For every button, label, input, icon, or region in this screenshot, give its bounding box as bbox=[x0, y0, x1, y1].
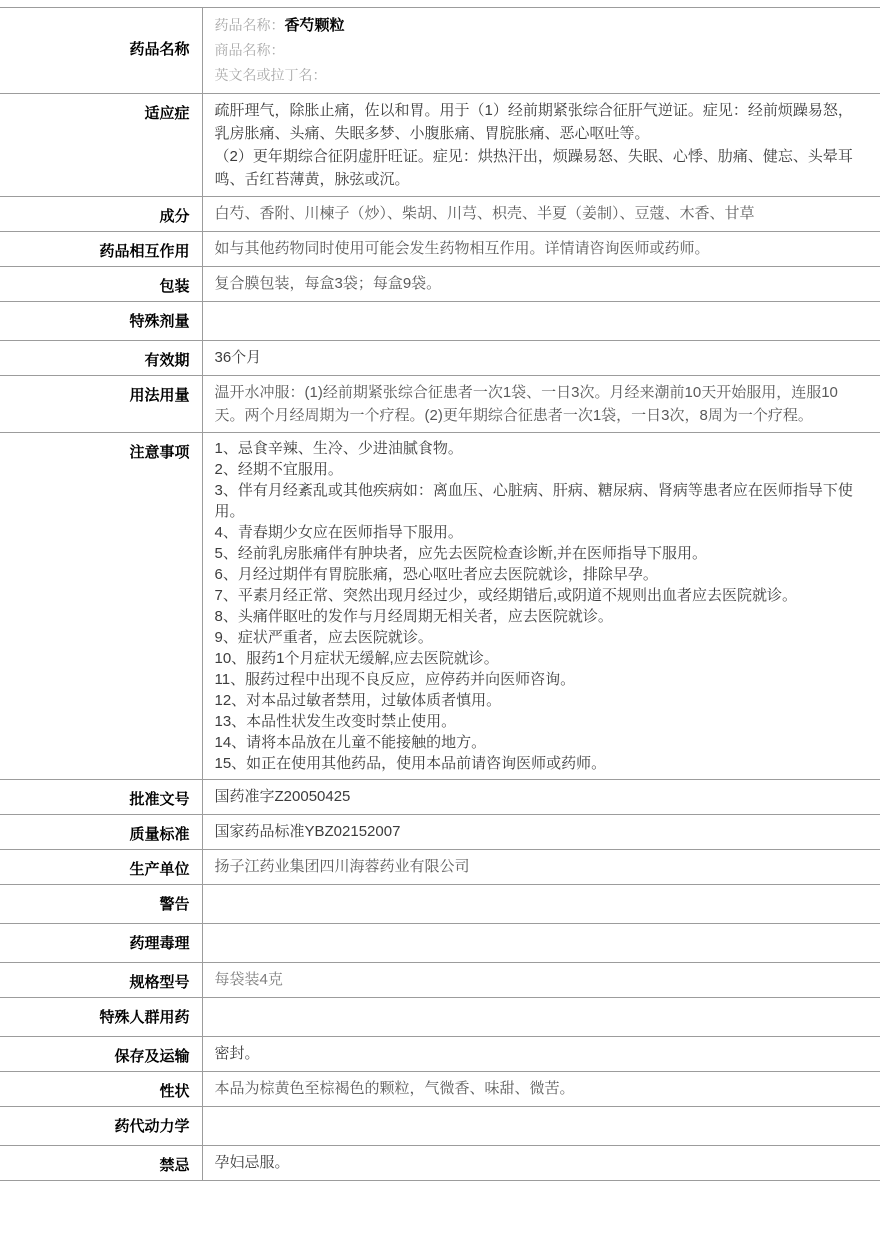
row-content: 如与其他药物同时使用可能会发生药物相互作用。详情请咨询医师或药师。 bbox=[202, 232, 880, 267]
table-row: 质量标准 国家药品标准YBZ02152007 bbox=[0, 815, 880, 850]
row-label: 警告 bbox=[0, 885, 202, 924]
table-row: 批准文号 国药准字Z20050425 bbox=[0, 780, 880, 815]
row-label: 用法用量 bbox=[0, 376, 202, 433]
row-content-line: 14、请将本品放在儿童不能接触的地方。 bbox=[215, 732, 867, 753]
row-label: 药代动力学 bbox=[0, 1107, 202, 1146]
row-content-line: 孕妇忌服。 bbox=[215, 1151, 867, 1174]
row-label: 有效期 bbox=[0, 341, 202, 376]
row-label: 规格型号 bbox=[0, 963, 202, 998]
table-row: 特殊剂量 bbox=[0, 302, 880, 341]
row-content: 疏肝理气，除胀止痛，佐以和胃。用于（1）经前期紧张综合征肝气逆证。症见：经前烦躁… bbox=[202, 94, 880, 197]
row-content-line: 温开水冲服：(1)经前期紧张综合征患者一次1袋、一日3次。月经来潮前10天开始服… bbox=[215, 381, 867, 427]
row-content-line: 5、经前乳房胀痛伴有肿块者，应先去医院检查诊断,并在医师指导下服用。 bbox=[215, 543, 867, 564]
row-content-line: 2、经期不宜服用。 bbox=[215, 459, 867, 480]
row-content bbox=[202, 998, 880, 1037]
row-content-line: 密封。 bbox=[215, 1042, 867, 1065]
table-row: 警告 bbox=[0, 885, 880, 924]
drug-name-value: 香芍颗粒 bbox=[285, 17, 345, 34]
row-content bbox=[202, 924, 880, 963]
row-content: 1、忌食辛辣、生冷、少进油腻食物。2、经期不宜服用。3、伴有月经紊乱或其他疾病如… bbox=[202, 433, 880, 780]
table-row: 保存及运输 密封。 bbox=[0, 1037, 880, 1072]
row-content-line: 4、青春期少女应在医师指导下服用。 bbox=[215, 522, 867, 543]
row-content-line: 白芍、香附、川楝子（炒）、柴胡、川芎、枳壳、半夏（姜制）、豆蔻、木香、甘草 bbox=[215, 202, 867, 225]
table-row: 包装 复合膜包装，每盒3袋；每盒9袋。 bbox=[0, 267, 880, 302]
table-row: 有效期 36个月 bbox=[0, 341, 880, 376]
field-line-trade-name: 商品名称： bbox=[215, 38, 867, 63]
row-content-line: 13、本品性状发生改变时禁止使用。 bbox=[215, 711, 867, 732]
row-label: 药理毒理 bbox=[0, 924, 202, 963]
row-content-line: 6、月经过期伴有胃脘胀痛，恐心呕吐者应去医院就诊，排除早孕。 bbox=[215, 564, 867, 585]
row-content: 每袋装4克 bbox=[202, 963, 880, 998]
table-row: 用法用量 温开水冲服：(1)经前期紧张综合征患者一次1袋、一日3次。月经来潮前1… bbox=[0, 376, 880, 433]
row-content-line: 9、症状严重者，应去医院就诊。 bbox=[215, 627, 867, 648]
row-label: 批准文号 bbox=[0, 780, 202, 815]
row-content: 密封。 bbox=[202, 1037, 880, 1072]
row-content-line: 如与其他药物同时使用可能会发生药物相互作用。详情请咨询医师或药师。 bbox=[215, 237, 867, 260]
row-label: 适应症 bbox=[0, 94, 202, 197]
row-content: 扬子江药业集团四川海蓉药业有限公司 bbox=[202, 850, 880, 885]
row-content-drug-name: 药品名称：香芍颗粒 商品名称： 英文名或拉丁名： bbox=[202, 8, 880, 94]
field-line-english-name: 英文名或拉丁名： bbox=[215, 63, 867, 88]
drug-info-table: 药品名称 药品名称：香芍颗粒 商品名称： 英文名或拉丁名： 适应症 疏肝理气，除… bbox=[0, 7, 880, 1181]
table-row: 特殊人群用药 bbox=[0, 998, 880, 1037]
row-content-line: （2）更年期综合征阴虚肝旺证。症见：烘热汗出，烦躁易怒、失眠、心悸、肋痛、健忘、… bbox=[215, 145, 867, 191]
row-content-line: 每袋装4克 bbox=[215, 968, 867, 991]
row-label-drug-name: 药品名称 bbox=[0, 8, 202, 94]
row-content-line: 本品为棕黄色至棕褐色的颗粒，气微香、味甜、微苦。 bbox=[215, 1077, 867, 1100]
row-content: 国药准字Z20050425 bbox=[202, 780, 880, 815]
field-label-generic-name: 药品名称： bbox=[215, 17, 285, 33]
row-label: 包装 bbox=[0, 267, 202, 302]
table-row: 成分 白芍、香附、川楝子（炒）、柴胡、川芎、枳壳、半夏（姜制）、豆蔻、木香、甘草 bbox=[0, 197, 880, 232]
table-row: 性状 本品为棕黄色至棕褐色的颗粒，气微香、味甜、微苦。 bbox=[0, 1072, 880, 1107]
row-label: 质量标准 bbox=[0, 815, 202, 850]
row-content: 孕妇忌服。 bbox=[202, 1146, 880, 1181]
field-label-trade-name: 商品名称： bbox=[215, 42, 285, 58]
row-content-line: 7、平素月经正常、突然出现月经过少，或经期错后,或阴道不规则出血者应去医院就诊。 bbox=[215, 585, 867, 606]
row-label: 特殊人群用药 bbox=[0, 998, 202, 1037]
row-content: 温开水冲服：(1)经前期紧张综合征患者一次1袋、一日3次。月经来潮前10天开始服… bbox=[202, 376, 880, 433]
row-content: 36个月 bbox=[202, 341, 880, 376]
table-row: 适应症 疏肝理气，除胀止痛，佐以和胃。用于（1）经前期紧张综合征肝气逆证。症见：… bbox=[0, 94, 880, 197]
table-row: 药品相互作用 如与其他药物同时使用可能会发生药物相互作用。详情请咨询医师或药师。 bbox=[0, 232, 880, 267]
row-content-line: 国药准字Z20050425 bbox=[215, 785, 867, 808]
row-content bbox=[202, 885, 880, 924]
table-row: 规格型号 每袋装4克 bbox=[0, 963, 880, 998]
table-row-drug-name: 药品名称 药品名称：香芍颗粒 商品名称： 英文名或拉丁名： bbox=[0, 8, 880, 94]
table-row: 禁忌 孕妇忌服。 bbox=[0, 1146, 880, 1181]
table-row: 药代动力学 bbox=[0, 1107, 880, 1146]
row-label: 成分 bbox=[0, 197, 202, 232]
row-label: 性状 bbox=[0, 1072, 202, 1107]
row-content-line: 国家药品标准YBZ02152007 bbox=[215, 820, 867, 843]
row-content: 白芍、香附、川楝子（炒）、柴胡、川芎、枳壳、半夏（姜制）、豆蔻、木香、甘草 bbox=[202, 197, 880, 232]
drug-info-page: { "colors": { "border": "#9c9c9c", "labe… bbox=[0, 7, 880, 1237]
row-content bbox=[202, 302, 880, 341]
row-content: 复合膜包装，每盒3袋；每盒9袋。 bbox=[202, 267, 880, 302]
row-label: 特殊剂量 bbox=[0, 302, 202, 341]
row-content-line: 10、服药1个月症状无缓解,应去医院就诊。 bbox=[215, 648, 867, 669]
row-label: 药品相互作用 bbox=[0, 232, 202, 267]
row-label: 保存及运输 bbox=[0, 1037, 202, 1072]
row-content bbox=[202, 1107, 880, 1146]
row-content-line: 15、如正在使用其他药品，使用本品前请咨询医师或药师。 bbox=[215, 753, 867, 774]
row-content-line: 36个月 bbox=[215, 346, 867, 369]
field-line-generic-name: 药品名称：香芍颗粒 bbox=[215, 13, 867, 38]
row-content-line: 3、伴有月经紊乱或其他疾病如：离血压、心脏病、肝病、糖尿病、肾病等患者应在医师指… bbox=[215, 480, 867, 522]
row-label: 禁忌 bbox=[0, 1146, 202, 1181]
row-label: 生产单位 bbox=[0, 850, 202, 885]
table-row: 药理毒理 bbox=[0, 924, 880, 963]
row-content-line: 12、对本品过敏者禁用，过敏体质者慎用。 bbox=[215, 690, 867, 711]
row-content-line: 1、忌食辛辣、生冷、少进油腻食物。 bbox=[215, 438, 867, 459]
row-content: 国家药品标准YBZ02152007 bbox=[202, 815, 880, 850]
row-content-line: 扬子江药业集团四川海蓉药业有限公司 bbox=[215, 855, 867, 878]
table-row: 注意事项 1、忌食辛辣、生冷、少进油腻食物。2、经期不宜服用。3、伴有月经紊乱或… bbox=[0, 433, 880, 780]
table-row: 生产单位 扬子江药业集团四川海蓉药业有限公司 bbox=[0, 850, 880, 885]
row-content-line: 11、服药过程中出现不良反应，应停药并向医师咨询。 bbox=[215, 669, 867, 690]
field-label-english-name: 英文名或拉丁名： bbox=[215, 67, 327, 83]
row-content-line: 8、头痛伴眍吐的发作与月经周期无相关者，应去医院就诊。 bbox=[215, 606, 867, 627]
row-content-line: 疏肝理气，除胀止痛，佐以和胃。用于（1）经前期紧张综合征肝气逆证。症见：经前烦躁… bbox=[215, 99, 867, 145]
row-content: 本品为棕黄色至棕褐色的颗粒，气微香、味甜、微苦。 bbox=[202, 1072, 880, 1107]
row-label: 注意事项 bbox=[0, 433, 202, 780]
row-content-line: 复合膜包装，每盒3袋；每盒9袋。 bbox=[215, 272, 867, 295]
